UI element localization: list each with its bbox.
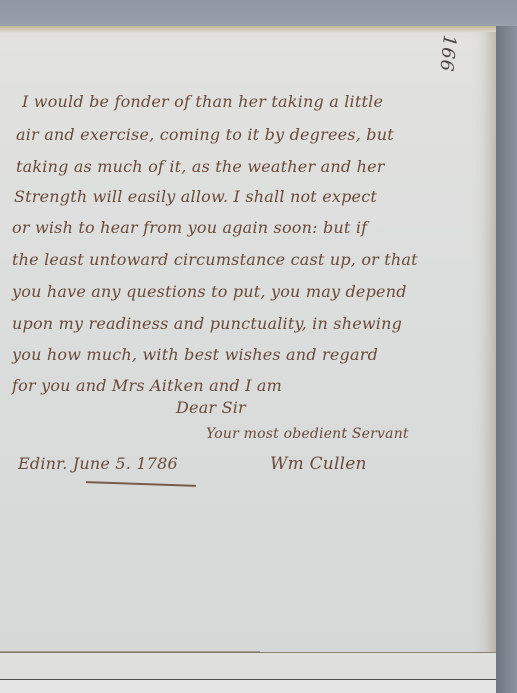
body-line: air and exercise, coming to it by degree… [16, 125, 394, 144]
body-line: or wish to hear from you again soon: but… [12, 218, 367, 237]
scan-background-right [496, 26, 517, 693]
body-line: the least untoward circumstance cast up,… [12, 250, 418, 269]
body-line: upon my readiness and punctuality, in sh… [12, 314, 402, 333]
body-line: taking as much of it, as the weather and… [16, 157, 385, 176]
body-line: for you and Mrs Aitken and I am [12, 376, 282, 395]
place-date: Edinr. June 5. 1786 [18, 454, 178, 473]
closing: Your most obedient Servant [206, 426, 409, 442]
signature: Wm Cullen [270, 454, 367, 474]
under-sheet-lower [0, 679, 496, 693]
page-top-edge [0, 26, 496, 32]
salutation: Dear Sir [176, 398, 246, 417]
body-line: I would be fonder of than her taking a l… [22, 92, 383, 111]
scan-background-top [0, 0, 517, 26]
body-line: Strength will easily allow. I shall not … [14, 187, 377, 206]
body-line: you how much, with best wishes and regar… [12, 345, 378, 364]
body-line: you have any questions to put, you may d… [12, 282, 407, 301]
page-crease [0, 651, 260, 653]
folio-number: 166 [435, 34, 460, 73]
